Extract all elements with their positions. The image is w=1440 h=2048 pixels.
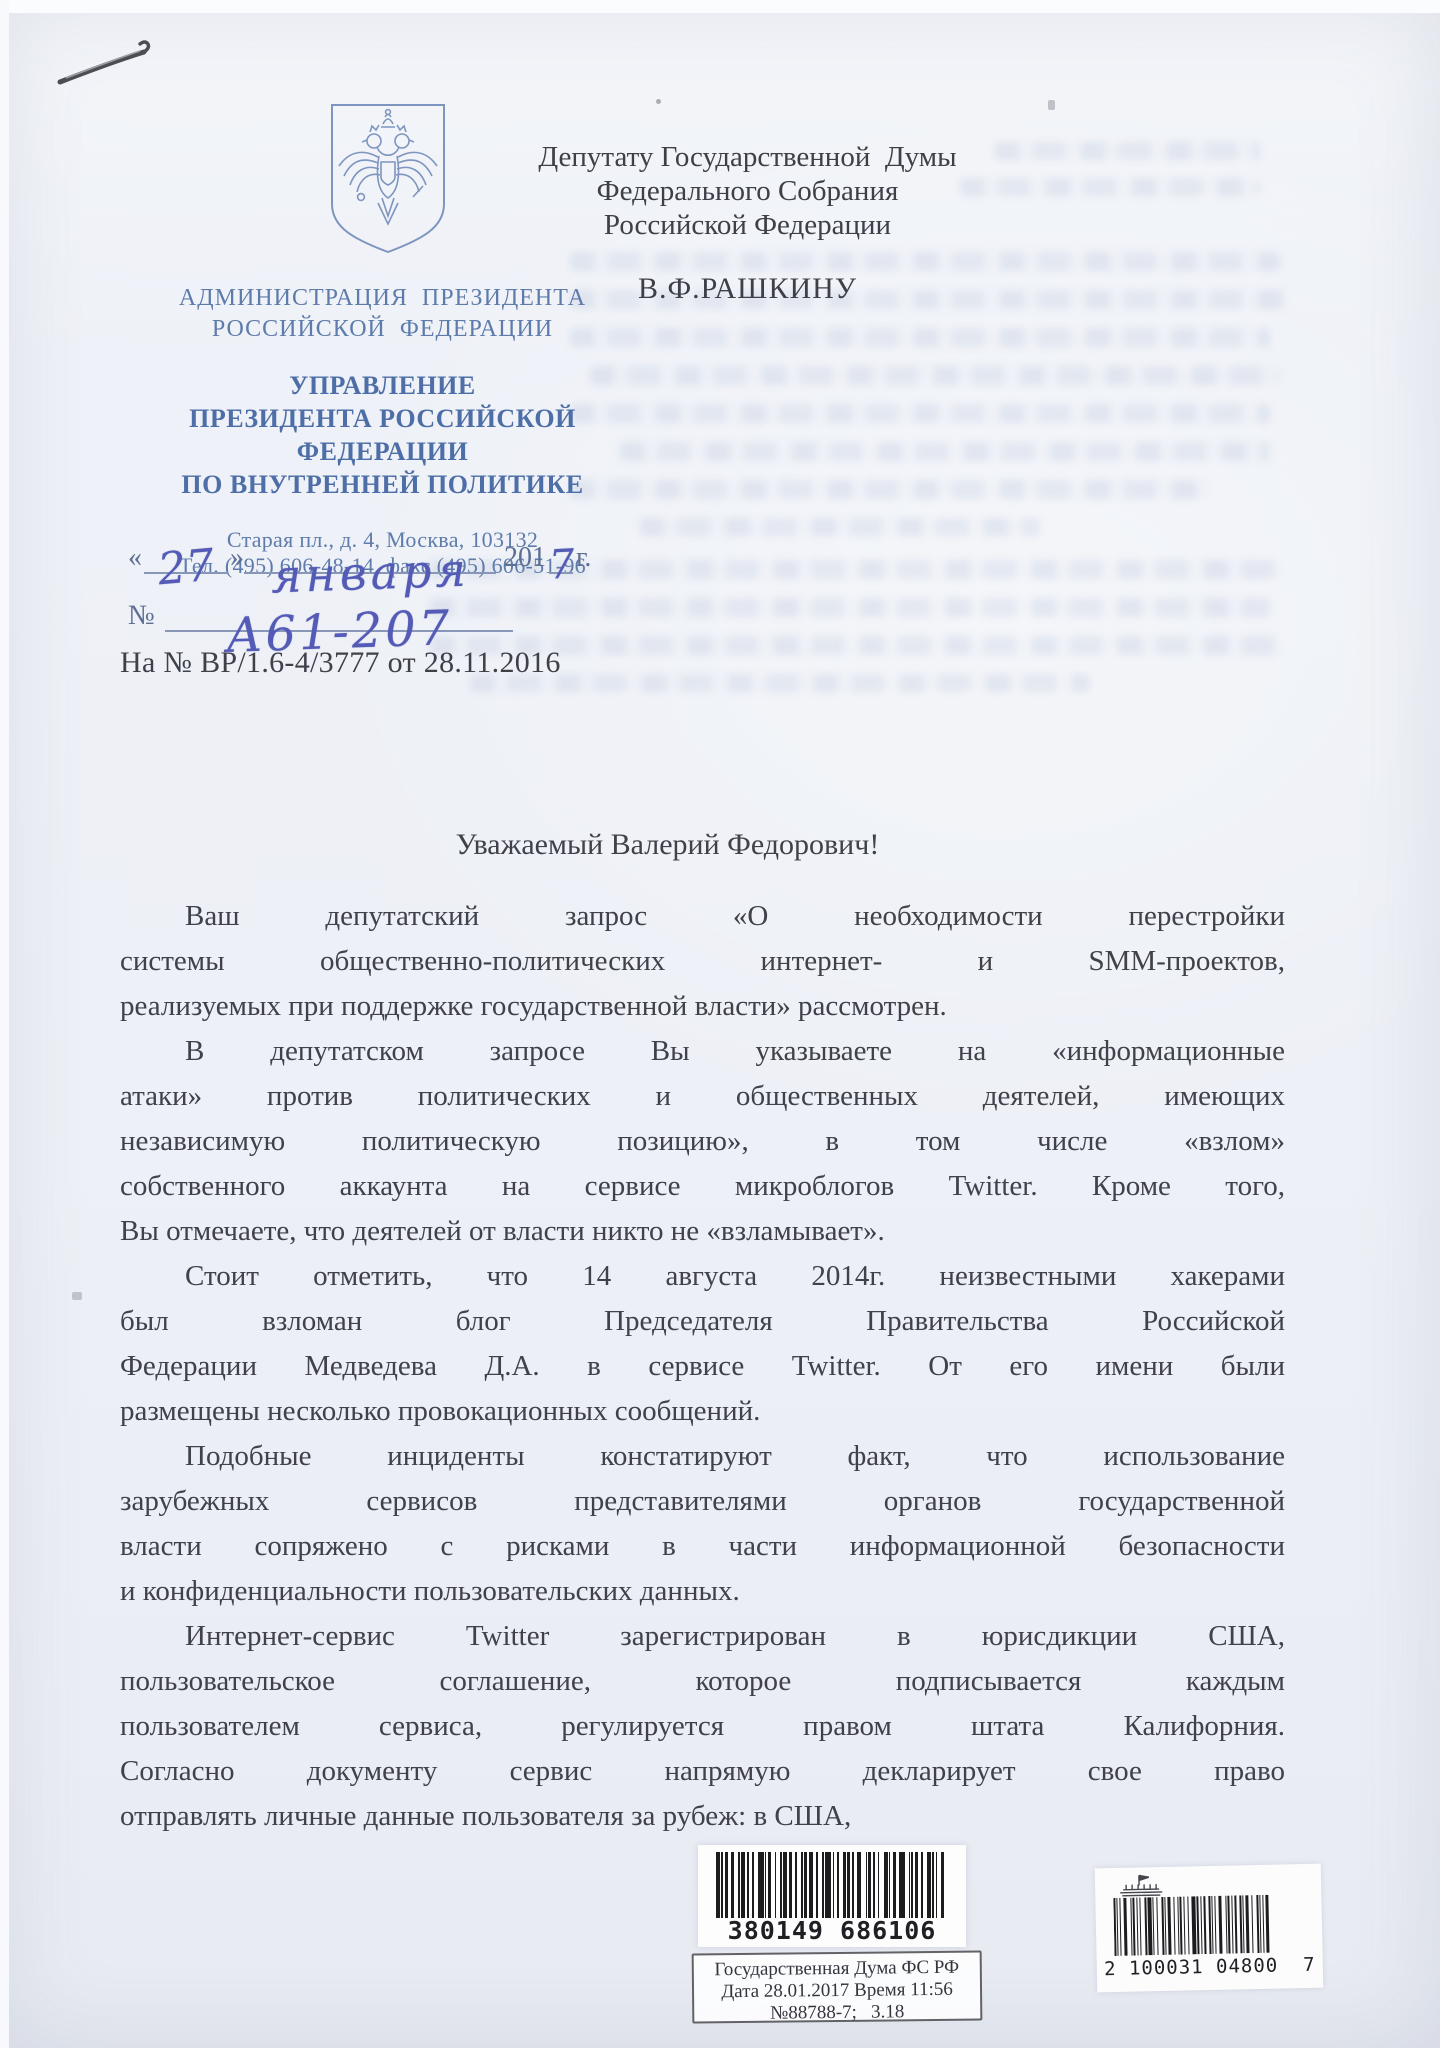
body-text-line: реализуемых при поддержке государственно…	[120, 984, 1285, 1029]
letter-body: Уважаемый Валерий Федорович! Ваш депутат…	[120, 828, 1285, 1839]
body-text-line: Подобные инциденты констатируют факт, чт…	[120, 1434, 1285, 1479]
scan-speck	[1048, 100, 1055, 110]
number-sign: №	[128, 600, 155, 632]
body-text-line: собственного аккаунта на сервисе микробл…	[120, 1164, 1285, 1209]
bleed-through-line	[570, 404, 1270, 423]
barcode-label-center: 380149 686106	[698, 1845, 966, 1947]
body-text-line: Интернет-сервис Twitter зарегистрирован …	[120, 1614, 1285, 1659]
barcode-label-right: 2 100031 04800 7	[1095, 1864, 1324, 1993]
bleed-through-line	[570, 480, 1210, 499]
body-text-line: размещены несколько провокационных сообщ…	[120, 1389, 1285, 1434]
body-text-line: и конфиденциальности пользовательских да…	[120, 1569, 1285, 1614]
body-text-line: пользовательское соглашение, которое под…	[120, 1659, 1285, 1704]
date-month-blank: января	[244, 536, 496, 574]
open-quote: «	[128, 542, 142, 574]
dept-line2: ПРЕЗИДЕНТА РОССИЙСКОЙ ФЕДЕРАЦИИ	[100, 402, 665, 468]
date-day-blank: 27	[144, 536, 228, 574]
duma-registration-stamp: Государственная Дума ФС РФ Дата 28.01.20…	[692, 1950, 983, 2023]
recipient-line2: Федерального Собрания	[505, 174, 990, 208]
body-text-line: власти сопряжено с рисками в части инфор…	[120, 1524, 1285, 1569]
body-text-line: системы общественно-политических интерне…	[120, 939, 1285, 984]
recipient-line3: Российской Федерации	[505, 208, 990, 242]
reference-line: На № ВР/1.6-4/3777 от 28.11.2016	[120, 646, 561, 680]
close-quote: »	[230, 542, 244, 574]
paperclip-icon	[56, 38, 156, 90]
barcode-bars	[1113, 1894, 1286, 1956]
stamp-org: Государственная Дума ФС РФ	[694, 1957, 980, 1982]
duma-building-icon	[1117, 1873, 1165, 1898]
recipient-line1: Депутату Государственной Думы	[505, 140, 990, 174]
body-text-line: был взломан блог Председателя Правительс…	[120, 1299, 1285, 1344]
stamp-date-time: Дата 28.01.2017 Время 11:56	[694, 1979, 980, 2004]
printed-year: 201	[504, 542, 546, 574]
bleed-through-line	[570, 328, 1270, 347]
body-text-line: атаки» против политических и общественны…	[120, 1074, 1285, 1119]
bleed-through-line	[640, 518, 1040, 536]
body-text-line: Ваш депутатский запрос «О необходимости …	[120, 894, 1285, 939]
scan-speck	[656, 99, 661, 104]
scanned-letter-page: АДМИНИСТРАЦИЯ ПРЕЗИДЕНТА РОССИЙСКОЙ ФЕДЕ…	[0, 0, 1440, 2048]
body-text-line: независимую политическую позицию», в том…	[120, 1119, 1285, 1164]
bleed-through-line	[430, 598, 1270, 617]
recipient-name: В.Ф.РАШКИНУ	[505, 272, 990, 306]
body-text-line: зарубежных сервисов представителями орга…	[120, 1479, 1285, 1524]
scan-speck	[72, 1292, 82, 1300]
bleed-through-line	[470, 674, 1090, 692]
dept-line3: ПО ВНУТРЕННЕЙ ПОЛИТИКЕ	[100, 468, 665, 501]
barcode-bars	[716, 1852, 948, 1918]
body-text-line: Федерации Медведева Д.А. в сервисе Twitt…	[120, 1344, 1285, 1389]
year-digit-blank: 7	[549, 536, 573, 574]
year-suffix: г.	[576, 542, 591, 574]
outgoing-number-line: №А61-207	[128, 594, 513, 632]
dept-line1: УПРАВЛЕНИЕ	[100, 369, 665, 402]
body-text-line: отправлять личные данные пользователя за…	[120, 1794, 1285, 1839]
bleed-through-line	[960, 178, 1260, 196]
handwritten-day: 27	[156, 540, 216, 596]
barcode-digits: 2 100031 04800 7	[1097, 1954, 1323, 1981]
bleed-through-line	[590, 366, 1280, 385]
bleed-through-line	[995, 142, 1260, 160]
salutation: Уважаемый Валерий Федорович!	[120, 828, 1285, 862]
barcode-digits: 380149 686106	[698, 1916, 966, 1945]
recipient-block: Депутату Государственной Думы Федерально…	[505, 140, 990, 306]
org-name-line2: РОССИЙСКОЙ ФЕДЕРАЦИИ	[100, 314, 665, 345]
stamp-number: №88788-7; 3.18	[694, 2001, 980, 2026]
department-name: УПРАВЛЕНИЕ ПРЕЗИДЕНТА РОССИЙСКОЙ ФЕДЕРАЦ…	[100, 369, 665, 501]
letterhead: АДМИНИСТРАЦИЯ ПРЕЗИДЕНТА РОССИЙСКОЙ ФЕДЕ…	[100, 283, 665, 579]
number-blank: А61-207	[165, 594, 513, 632]
handwritten-year-digit: 7	[548, 541, 576, 588]
body-text-line: пользователем сервиса, регулируется прав…	[120, 1704, 1285, 1749]
body-text-line: В депутатском запросе Вы указываете на «…	[120, 1029, 1285, 1074]
body-text-line: Вы отмечаете, что деятелей от власти ник…	[120, 1209, 1285, 1254]
body-text-line: Стоит отметить, что 14 августа 2014г. не…	[120, 1254, 1285, 1299]
body-paragraphs: Ваш депутатский запрос «О необходимости …	[120, 894, 1285, 1839]
bleed-through-line	[620, 442, 1270, 461]
date-line: «27»января2017г.	[128, 536, 591, 574]
scan-edge-top	[0, 0, 1440, 13]
scan-edge-left	[0, 0, 9, 2048]
russia-coat-of-arms-icon	[325, 100, 451, 258]
body-text-line: Согласно документу сервис напрямую декла…	[120, 1749, 1285, 1794]
